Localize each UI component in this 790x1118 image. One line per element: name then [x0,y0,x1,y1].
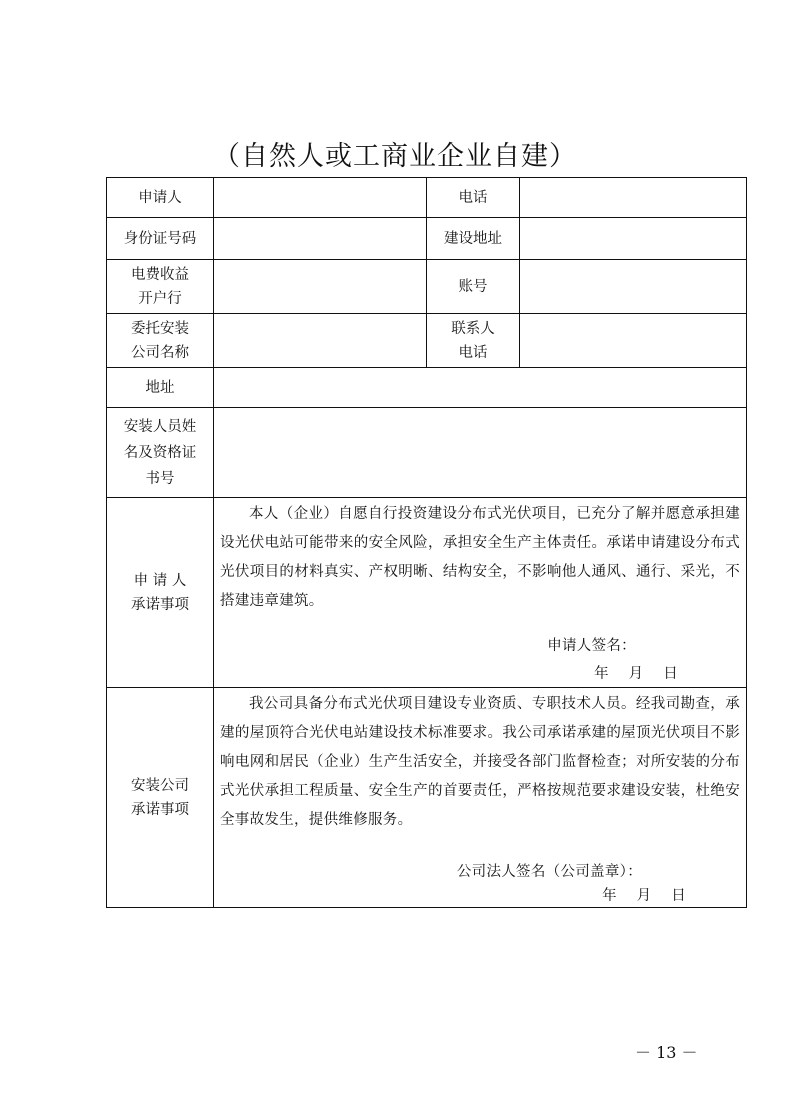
label-install-company: 委托安装 公司名称 [107,314,214,368]
applicant-signature-label: 申请人签名： [220,632,740,661]
label-line: 承诺事项 [107,798,213,822]
label-phone: 电话 [427,178,520,218]
field-account-number[interactable] [520,260,747,314]
label-revenue-bank: 电费收益 开户行 [107,260,214,314]
row-installers: 安装人员姓 名及资格证 书号 [107,408,747,498]
label-installers: 安装人员姓 名及资格证 书号 [107,408,214,498]
row-install-company: 委托安装 公司名称 联系人 电话 [107,314,747,368]
field-installers[interactable] [214,408,747,498]
field-revenue-bank[interactable] [214,260,427,314]
installer-date-label: 年 月 日 [220,885,740,907]
label-id-number: 身份证号码 [107,218,214,260]
label-line: 安装人员姓 [107,414,213,440]
application-form-table: 申请人 电话 身份证号码 建设地址 电费收益 开户行 账号 委托安装 公司名称 … [106,177,747,908]
label-line: 联系人 [427,317,519,341]
label-line: 公司名称 [107,341,213,365]
label-line: 申 请 人 [107,569,213,593]
label-address: 地址 [107,368,214,408]
field-address[interactable] [214,368,747,408]
row-applicant-commitment: 申 请 人 承诺事项 本人（企业）自愿自行投资建设分布式光伏项目，已充分了解并愿… [107,498,747,688]
label-installer-commitment: 安装公司 承诺事项 [107,688,214,908]
label-line: 电费收益 [107,263,213,287]
label-applicant: 申请人 [107,178,214,218]
label-line: 书号 [107,466,213,492]
label-line: 承诺事项 [107,593,213,617]
label-contact-phone: 联系人 电话 [427,314,520,368]
label-line: 名及资格证 [107,440,213,466]
installer-commitment-text: 我公司具备分布式光伏项目建设专业资质、专职技术人员。经我司勘查，承建的屋顶符合光… [220,690,740,835]
label-construction-address: 建设地址 [427,218,520,260]
label-applicant-commitment: 申 请 人 承诺事项 [107,498,214,688]
label-line: 委托安装 [107,317,213,341]
row-installer-commitment: 安装公司 承诺事项 我公司具备分布式光伏项目建设专业资质、专职技术人员。经我司勘… [107,688,747,908]
row-applicant: 申请人 电话 [107,178,747,218]
installer-commitment-content: 我公司具备分布式光伏项目建设专业资质、专职技术人员。经我司勘查，承建的屋顶符合光… [214,688,747,908]
row-bank: 电费收益 开户行 账号 [107,260,747,314]
field-install-company[interactable] [214,314,427,368]
field-contact-phone[interactable] [520,314,747,368]
field-construction-address[interactable] [520,218,747,260]
applicant-commitment-text: 本人（企业）自愿自行投资建设分布式光伏项目，已充分了解并愿意承担建设光伏电站可能… [220,500,740,616]
installer-signature-label: 公司法人签名（公司盖章）： [220,859,740,885]
label-line: 开户行 [107,287,213,311]
label-line: 安装公司 [107,774,213,798]
row-id-number: 身份证号码 建设地址 [107,218,747,260]
label-line: 电话 [427,341,519,365]
applicant-date-label: 年 月 日 [220,661,740,687]
page-number: － 13 － [635,1040,698,1063]
field-id-number[interactable] [214,218,427,260]
field-phone[interactable] [520,178,747,218]
form-title: （自然人或工商业企业自建） [0,134,790,173]
applicant-commitment-content: 本人（企业）自愿自行投资建设分布式光伏项目，已充分了解并愿意承担建设光伏电站可能… [214,498,747,688]
row-address: 地址 [107,368,747,408]
field-applicant[interactable] [214,178,427,218]
label-account-number: 账号 [427,260,520,314]
